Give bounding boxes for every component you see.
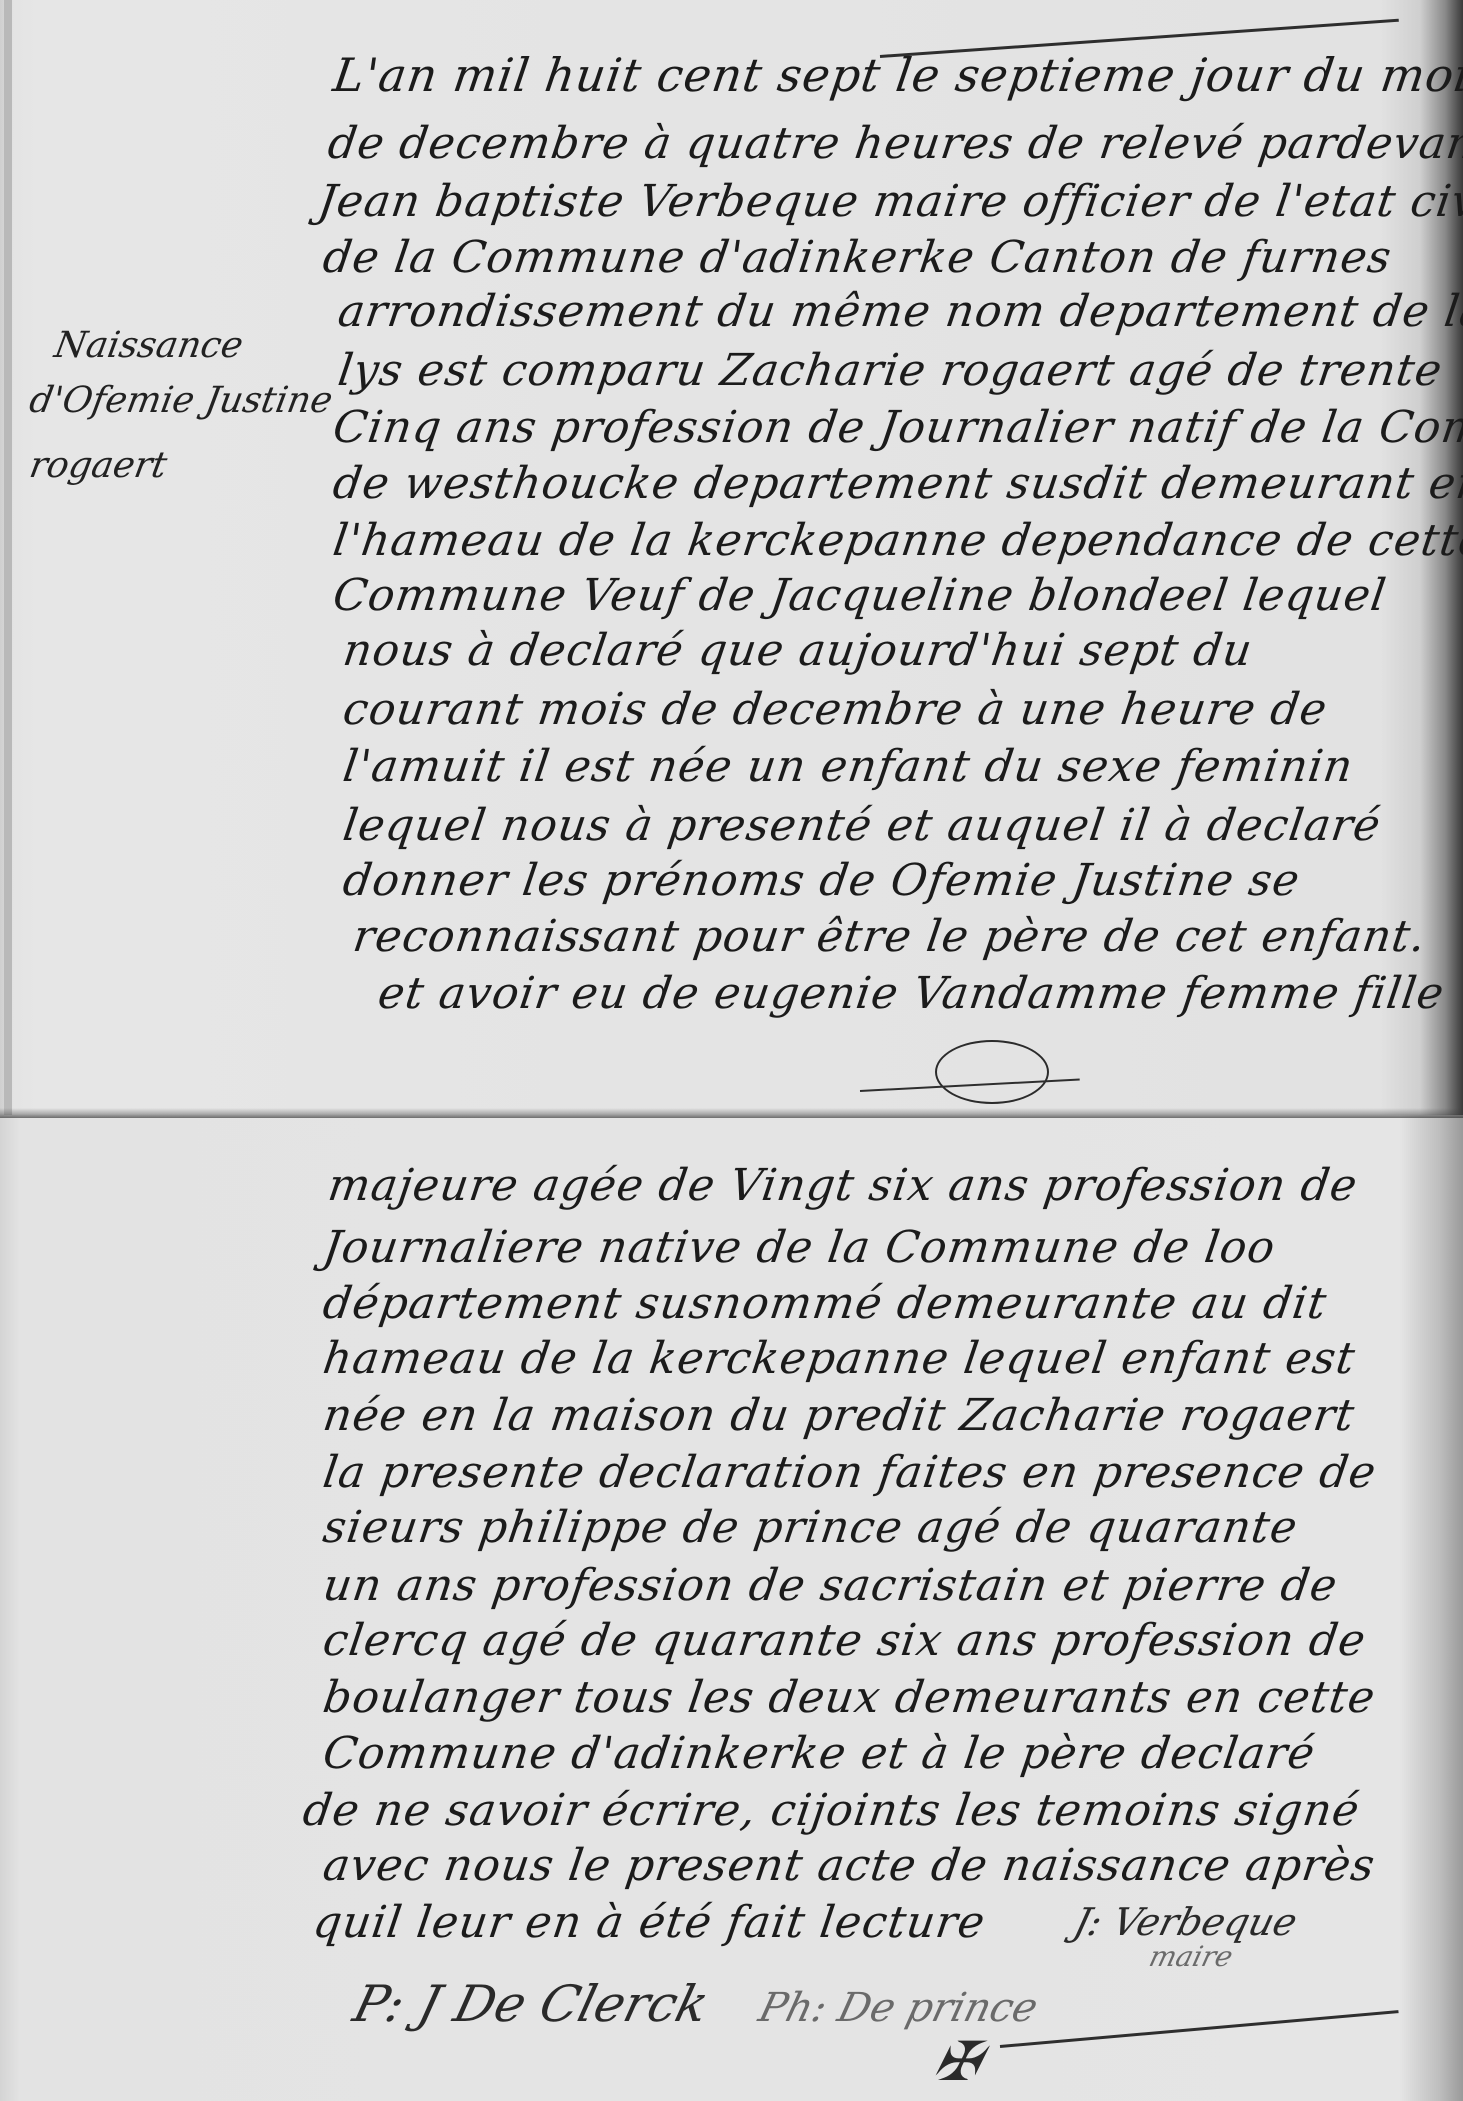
record-line: née en la maison du predit Zacharie roga… xyxy=(320,1390,1358,1441)
record-line: Jean baptiste Verbeque maire officier de… xyxy=(315,176,1463,227)
record-line: quil leur en à été fait lecture xyxy=(310,1897,989,1948)
witness-signature-declerck: P: J De Clerck xyxy=(348,1975,715,2033)
record-line: donner les prénoms de Ofemie Justine se xyxy=(340,855,1303,906)
record-line: reconnaissant pour être le père de cet e… xyxy=(350,911,1429,962)
record-line: département susnommé demeurante au dit xyxy=(320,1278,1330,1329)
record-line: clercq agé de quarante six ans professio… xyxy=(320,1615,1369,1666)
margin-note-line: Naissance xyxy=(51,325,246,366)
record-line: nous à declaré que aujourd'hui sept du xyxy=(340,625,1256,676)
record-line: hameau de la kerckepanne lequel enfant e… xyxy=(320,1333,1359,1384)
page-seam xyxy=(0,1108,1463,1118)
record-line: majeure agée de Vingt six ans profession… xyxy=(325,1160,1361,1211)
record-line: boulanger tous les deux demeurants en ce… xyxy=(320,1672,1379,1723)
record-line: de decembre à quatre heures de relevé pa… xyxy=(325,118,1463,169)
page-edge-shadow xyxy=(4,0,12,1115)
record-line: courant mois de decembre à une heure de xyxy=(340,684,1331,735)
paraph-flourish xyxy=(935,1040,1049,1104)
record-line: l'amuit il est née un enfant du sexe fem… xyxy=(340,741,1357,792)
record-line: Journaliere native de la Commune de loo xyxy=(320,1222,1279,1273)
record-line: un ans profession de sacristain et pierr… xyxy=(320,1560,1341,1611)
record-line: lys est comparu Zacharie rogaert agé de … xyxy=(335,345,1446,396)
record-line: Commune d'adinkerke et à le père declaré xyxy=(320,1728,1318,1779)
record-line: l'hameau de la kerckepanne dependance de… xyxy=(330,515,1463,566)
record-line: de westhoucke departement susdit demeura… xyxy=(330,458,1463,509)
mayor-signature: J: Verbeque xyxy=(1070,1900,1302,1944)
margin-note-line: rogaert xyxy=(26,445,170,486)
record-line: de ne savoir écrire, cijoints les temoin… xyxy=(300,1785,1363,1836)
record-line: Commune Veuf de Jacqueline blondeel lequ… xyxy=(330,570,1390,621)
record-line: et avoir eu de eugenie Vandamme femme fi… xyxy=(375,968,1448,1019)
record-line: lequel nous à presenté et auquel il à de… xyxy=(340,800,1384,851)
record-line: sieurs philippe de prince agé de quarant… xyxy=(320,1502,1301,1553)
record-line: la presente declaration faites en presen… xyxy=(320,1447,1380,1498)
record-line: de la Commune d'adinkerke Canton de furn… xyxy=(320,232,1395,283)
record-line: arrondissement du même nom departement d… xyxy=(335,286,1463,337)
witness-signature-deprince: Ph: De prince xyxy=(754,1985,1042,2031)
record-line: L'an mil huit cent sept le septieme jour… xyxy=(330,48,1463,102)
record-line: Cinq ans profession de Journalier natif … xyxy=(330,402,1463,453)
mayor-title: maire xyxy=(1146,1940,1236,1973)
record-line: avec nous le present acte de naissance a… xyxy=(320,1840,1378,1891)
margin-note-line: d'Ofemie Justine xyxy=(26,380,335,421)
